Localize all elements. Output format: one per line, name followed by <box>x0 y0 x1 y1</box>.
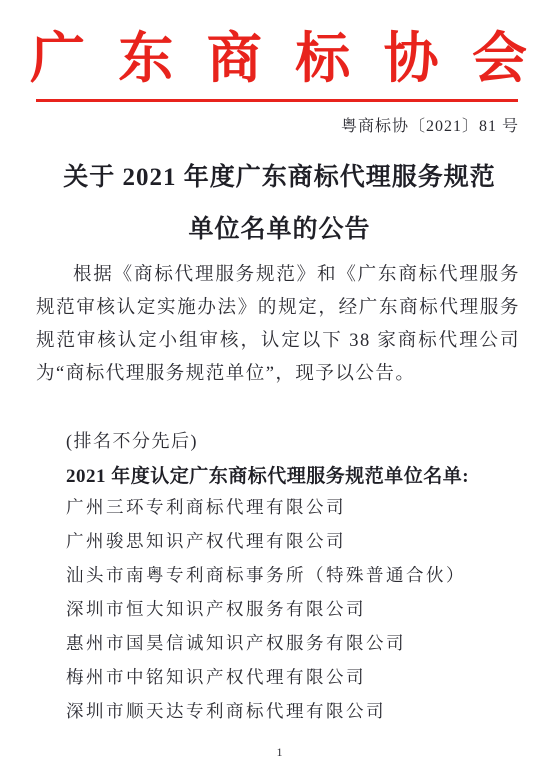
notice-title: 关于 2021 年度广东商标代理服务规范 单位名单的公告 <box>0 152 559 256</box>
letterhead-org-title: 广 东 商 标 协 会 <box>30 28 527 90</box>
notice-title-line2: 单位名单的公告 <box>0 204 559 256</box>
document-number: 粤商标协〔2021〕81 号 <box>0 113 519 136</box>
letterhead-divider-rule <box>36 99 518 102</box>
company-list: 广州三环专利商标代理有限公司 广州骏思知识产权代理有限公司 汕头市南粤专利商标事… <box>66 490 519 728</box>
notice-title-line1: 关于 2021 年度广东商标代理服务规范 <box>0 152 559 204</box>
company-list-heading: 2021 年度认定广东商标代理服务规范单位名单: <box>66 461 519 488</box>
document-page: 广 东 商 标 协 会 粤商标协〔2021〕81 号 关于 2021 年度广东商… <box>0 0 559 778</box>
page-number: 1 <box>0 745 559 760</box>
company-list-item: 惠州市国昊信诚知识产权服务有限公司 <box>66 626 519 660</box>
company-list-item: 深圳市顺天达专利商标代理有限公司 <box>66 694 519 728</box>
company-list-item: 广州三环专利商标代理有限公司 <box>66 490 519 524</box>
rank-disclaimer-note: (排名不分先后) <box>66 427 519 453</box>
company-list-item: 梅州市中铭知识产权代理有限公司 <box>66 660 519 694</box>
company-list-item: 汕头市南粤专利商标事务所（特殊普通合伙） <box>66 558 519 592</box>
notice-body-paragraph: 根据《商标代理服务规范》和《广东商标代理服务规范审核认定实施办法》的规定，经广东… <box>36 259 520 391</box>
company-list-item: 深圳市恒大知识产权服务有限公司 <box>66 592 519 626</box>
company-list-item: 广州骏思知识产权代理有限公司 <box>66 524 519 558</box>
